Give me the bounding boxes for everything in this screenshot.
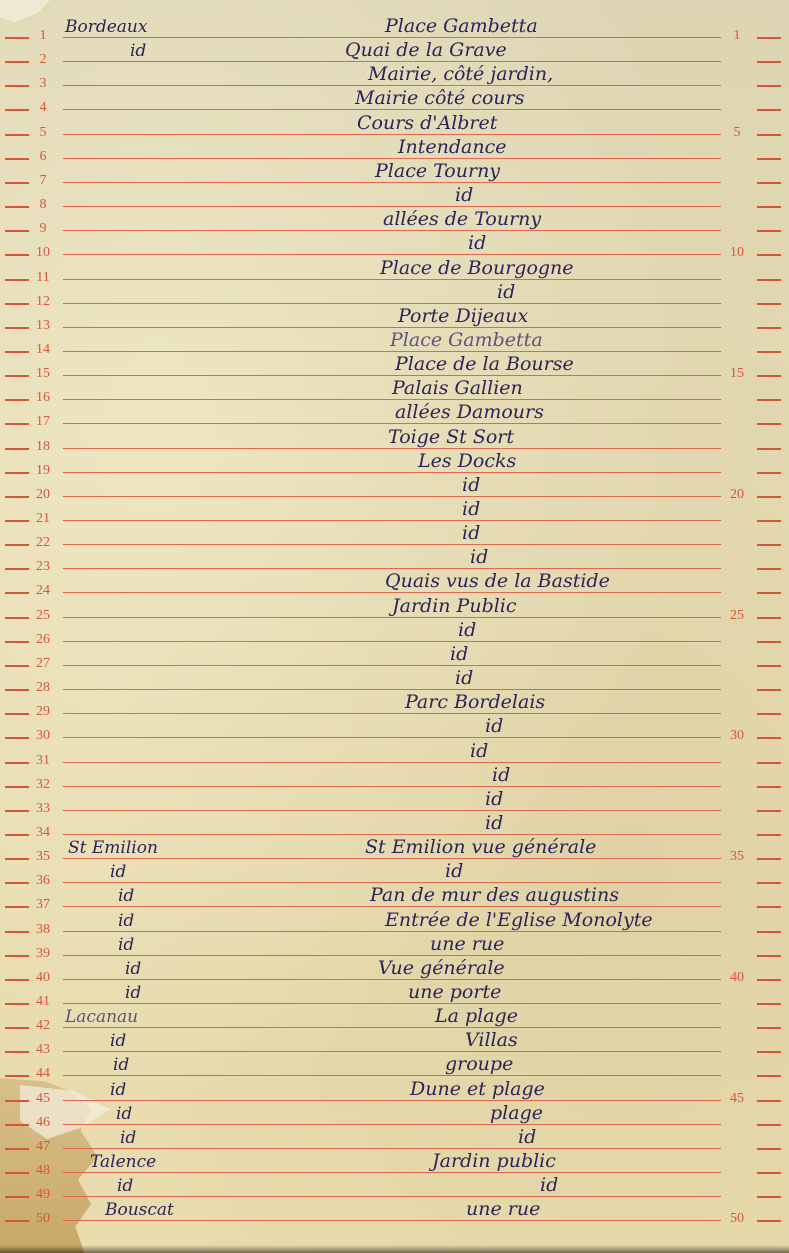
ledger-line: 55Cours d'Albret	[0, 122, 789, 146]
line-number-left: 42	[30, 1019, 56, 1033]
subject-entry: Villas	[465, 1030, 518, 1050]
margin-tick-left	[5, 37, 29, 39]
ruled-line	[63, 423, 721, 424]
subject-entry: Place de Bourgogne	[380, 258, 574, 278]
margin-tick-left	[5, 1172, 29, 1174]
margin-tick-left	[5, 158, 29, 160]
margin-tick-right	[757, 1124, 781, 1126]
ledger-line: 22id	[0, 532, 789, 556]
ruled-line	[63, 713, 721, 714]
ruled-line	[63, 834, 721, 835]
ruled-line	[63, 85, 721, 86]
margin-tick-left	[5, 279, 29, 281]
margin-tick-right	[757, 61, 781, 63]
line-number-right: 45	[722, 1092, 752, 1106]
ledger-line: 9allées de Tourny	[0, 218, 789, 242]
ruled-line	[63, 327, 721, 328]
line-number-left: 19	[30, 464, 56, 478]
margin-tick-left	[5, 182, 29, 184]
margin-tick-left	[5, 1027, 29, 1029]
subject-entry: id	[485, 716, 503, 736]
margin-tick-left	[5, 1075, 29, 1077]
subject-entry: id	[540, 1175, 558, 1195]
margin-tick-right	[757, 810, 781, 812]
ruled-line	[63, 810, 721, 811]
margin-tick-left	[5, 1124, 29, 1126]
margin-tick-right	[757, 689, 781, 691]
subject-entry: Toige St Sort	[388, 427, 514, 447]
margin-tick-right	[757, 254, 781, 256]
place-entry: id	[113, 1055, 129, 1075]
margin-tick-left	[5, 858, 29, 860]
ruled-line	[63, 1100, 721, 1101]
margin-tick-left	[5, 737, 29, 739]
subject-entry: id	[485, 813, 503, 833]
line-number-left: 43	[30, 1043, 56, 1057]
line-number-left: 38	[30, 923, 56, 937]
line-number-left: 41	[30, 995, 56, 1009]
margin-tick-left	[5, 955, 29, 957]
place-entry: id	[116, 1104, 132, 1124]
ledger-line: 2020id	[0, 484, 789, 508]
subject-entry: id	[470, 741, 488, 761]
ruled-line	[63, 1027, 721, 1028]
line-number-left: 25	[30, 609, 56, 623]
line-number-left: 20	[30, 488, 56, 502]
margin-tick-right	[757, 979, 781, 981]
margin-tick-right	[757, 134, 781, 136]
margin-tick-right	[757, 1196, 781, 1198]
place-entry: Bordeaux	[65, 17, 147, 37]
margin-tick-right	[757, 762, 781, 764]
ruled-line	[63, 182, 721, 183]
margin-tick-right	[757, 85, 781, 87]
margin-tick-right	[757, 1220, 781, 1222]
margin-tick-left	[5, 786, 29, 788]
line-number-left: 9	[30, 222, 56, 236]
subject-entry: Palais Gallien	[392, 378, 523, 398]
margin-tick-left	[5, 834, 29, 836]
ruled-line	[63, 737, 721, 738]
margin-tick-right	[757, 1051, 781, 1053]
ruled-line	[63, 641, 721, 642]
margin-tick-right	[757, 1148, 781, 1150]
ruled-line	[63, 254, 721, 255]
ruled-line	[63, 158, 721, 159]
margin-tick-right	[757, 230, 781, 232]
margin-tick-right	[757, 423, 781, 425]
margin-tick-right	[757, 737, 781, 739]
ruled-line	[63, 1075, 721, 1076]
line-number-right: 1	[722, 29, 752, 43]
ledger-line: 2525Jardin Public	[0, 605, 789, 629]
subject-entry: Mairie côté cours	[355, 88, 524, 108]
margin-tick-left	[5, 1003, 29, 1005]
margin-tick-right	[757, 882, 781, 884]
margin-tick-right	[757, 158, 781, 160]
ruled-line	[63, 689, 721, 690]
margin-tick-right	[757, 834, 781, 836]
subject-entry: Pan de mur des augustins	[370, 885, 619, 905]
ledger-line: 27id	[0, 653, 789, 677]
ruled-line	[63, 1220, 721, 1221]
line-number-left: 21	[30, 512, 56, 526]
margin-tick-right	[757, 327, 781, 329]
line-number-left: 4	[30, 101, 56, 115]
margin-tick-right	[757, 448, 781, 450]
margin-tick-left	[5, 931, 29, 933]
ruled-line	[63, 448, 721, 449]
margin-tick-left	[5, 617, 29, 619]
place-entry: id	[118, 911, 134, 931]
page-bottom-edge	[0, 1245, 789, 1253]
subject-entry: Porte Dijeaux	[398, 306, 528, 326]
margin-tick-left	[5, 109, 29, 111]
margin-tick-left	[5, 689, 29, 691]
margin-tick-left	[5, 399, 29, 401]
ruled-line	[63, 544, 721, 545]
margin-tick-left	[5, 375, 29, 377]
margin-tick-left	[5, 206, 29, 208]
margin-tick-left	[5, 641, 29, 643]
subject-entry: Jardin public	[432, 1151, 556, 1171]
ruled-line	[63, 109, 721, 110]
margin-tick-left	[5, 713, 29, 715]
line-number-left: 13	[30, 319, 56, 333]
ledger-line: 26id	[0, 629, 789, 653]
line-number-left: 49	[30, 1188, 56, 1202]
subject-entry: une porte	[408, 982, 501, 1002]
ledger-line: 33id	[0, 798, 789, 822]
ruled-line	[63, 303, 721, 304]
place-entry: Lacanau	[65, 1007, 138, 1027]
ruled-line	[63, 955, 721, 956]
line-number-left: 28	[30, 681, 56, 695]
place-entry: St Emilion	[68, 838, 158, 858]
line-number-right: 20	[722, 488, 752, 502]
subject-entry: St Emilion vue générale	[365, 837, 596, 857]
line-number-left: 8	[30, 198, 56, 212]
margin-tick-right	[757, 109, 781, 111]
subject-entry: id	[518, 1127, 536, 1147]
margin-tick-left	[5, 303, 29, 305]
subject-entry: Place Tourny	[375, 161, 500, 181]
margin-tick-left	[5, 254, 29, 256]
line-number-left: 5	[30, 126, 56, 140]
margin-tick-right	[757, 1172, 781, 1174]
ledger-line: 28id	[0, 677, 789, 701]
line-number-left: 33	[30, 802, 56, 816]
line-number-left: 2	[30, 53, 56, 67]
margin-tick-right	[757, 665, 781, 667]
margin-tick-right	[757, 351, 781, 353]
line-number-left: 24	[30, 584, 56, 598]
place-entry: Bouscat	[105, 1200, 174, 1220]
margin-tick-left	[5, 1220, 29, 1222]
ruled-line	[63, 906, 721, 907]
ruled-line	[63, 279, 721, 280]
ruled-line	[63, 1196, 721, 1197]
subject-entry: Mairie, côté jardin,	[368, 64, 553, 84]
margin-tick-right	[757, 1075, 781, 1077]
ledger-line: 19Les Docks	[0, 460, 789, 484]
margin-tick-right	[757, 955, 781, 957]
line-number-left: 12	[30, 295, 56, 309]
subject-entry: Quais vus de la Bastide	[385, 571, 610, 591]
ledger-line: 11Place de Bourgogne	[0, 267, 789, 291]
line-number-left: 39	[30, 947, 56, 961]
margin-tick-left	[5, 472, 29, 474]
margin-tick-right	[757, 472, 781, 474]
ledger-line: 5050Bouscatune rue	[0, 1208, 789, 1232]
margin-tick-left	[5, 1148, 29, 1150]
margin-tick-left	[5, 85, 29, 87]
line-number-left: 50	[30, 1212, 56, 1226]
margin-tick-right	[757, 496, 781, 498]
margin-tick-left	[5, 423, 29, 425]
subject-entry: id	[462, 499, 480, 519]
subject-entry: id	[455, 668, 473, 688]
ruled-line	[63, 665, 721, 666]
ruled-line	[63, 399, 721, 400]
subject-entry: une rue	[466, 1199, 540, 1219]
ledger-line: 21id	[0, 508, 789, 532]
subject-entry: Place Gambetta	[390, 330, 543, 350]
line-number-left: 27	[30, 657, 56, 671]
paper-damage-top	[0, 0, 50, 22]
ruled-line	[63, 858, 721, 859]
subject-entry: id	[450, 644, 468, 664]
margin-tick-left	[5, 810, 29, 812]
line-number-left: 17	[30, 415, 56, 429]
margin-tick-left	[5, 351, 29, 353]
subject-entry: une rue	[430, 934, 504, 954]
ruled-line	[63, 1172, 721, 1173]
place-entry: id	[118, 935, 134, 955]
line-number-left: 32	[30, 778, 56, 792]
subject-entry: Dune et plage	[410, 1079, 545, 1099]
subject-entry: id	[497, 282, 515, 302]
margin-tick-right	[757, 375, 781, 377]
subject-entry: id	[455, 185, 473, 205]
ruled-line	[63, 882, 721, 883]
line-number-left: 31	[30, 754, 56, 768]
margin-tick-right	[757, 303, 781, 305]
subject-entry: groupe	[445, 1054, 513, 1074]
ledger-page: 11BordeauxPlace Gambetta2idQuai de la Gr…	[0, 0, 789, 1253]
line-number-left: 45	[30, 1092, 56, 1106]
margin-tick-left	[5, 327, 29, 329]
place-entry: id	[125, 983, 141, 1003]
line-number-left: 30	[30, 729, 56, 743]
ledger-line: 31id	[0, 750, 789, 774]
line-number-left: 7	[30, 174, 56, 188]
margin-tick-left	[5, 61, 29, 63]
subject-entry: Jardin Public	[392, 596, 517, 616]
place-entry: id	[110, 1080, 126, 1100]
line-number-left: 47	[30, 1140, 56, 1154]
margin-tick-right	[757, 713, 781, 715]
line-number-left: 16	[30, 391, 56, 405]
ruled-line	[63, 37, 721, 38]
place-entry: id	[110, 862, 126, 882]
line-number-left: 11	[30, 271, 56, 285]
place-entry: id	[125, 959, 141, 979]
ledger-line: 32id	[0, 774, 789, 798]
subject-entry: id	[492, 765, 510, 785]
margin-tick-left	[5, 520, 29, 522]
line-number-right: 25	[722, 609, 752, 623]
subject-entry: id	[462, 475, 480, 495]
line-number-left: 26	[30, 633, 56, 647]
margin-tick-right	[757, 399, 781, 401]
ruled-line	[63, 931, 721, 932]
ruled-line	[63, 472, 721, 473]
margin-tick-right	[757, 617, 781, 619]
margin-tick-right	[757, 206, 781, 208]
margin-tick-right	[757, 1027, 781, 1029]
subject-entry: Place de la Bourse	[395, 354, 574, 374]
ruled-line	[63, 1124, 721, 1125]
margin-tick-right	[757, 931, 781, 933]
margin-tick-left	[5, 762, 29, 764]
subject-entry: id	[470, 547, 488, 567]
margin-tick-right	[757, 906, 781, 908]
subject-entry: Intendance	[398, 137, 506, 157]
subject-entry: Les Docks	[418, 451, 516, 471]
subject-entry: plage	[490, 1103, 543, 1123]
margin-tick-right	[757, 279, 781, 281]
ruled-line	[63, 786, 721, 787]
line-number-right: 50	[722, 1212, 752, 1226]
margin-tick-left	[5, 448, 29, 450]
place-entry: Talence	[90, 1152, 156, 1172]
subject-entry: id	[462, 523, 480, 543]
margin-tick-left	[5, 979, 29, 981]
line-number-left: 37	[30, 898, 56, 912]
margin-tick-left	[5, 230, 29, 232]
subject-entry: id	[485, 789, 503, 809]
margin-tick-left	[5, 665, 29, 667]
margin-tick-right	[757, 182, 781, 184]
place-entry: id	[110, 1031, 126, 1051]
margin-tick-right	[757, 641, 781, 643]
line-number-left: 46	[30, 1116, 56, 1130]
subject-entry: allées Damours	[395, 402, 544, 422]
place-entry: id	[120, 1128, 136, 1148]
line-number-left: 1	[30, 29, 56, 43]
ruled-line	[63, 617, 721, 618]
subject-entry: Place Gambetta	[385, 16, 538, 36]
margin-tick-right	[757, 544, 781, 546]
line-number-left: 34	[30, 826, 56, 840]
line-number-right: 15	[722, 367, 752, 381]
margin-tick-left	[5, 544, 29, 546]
ruled-line	[63, 979, 721, 980]
line-number-right: 10	[722, 246, 752, 260]
line-number-left: 14	[30, 343, 56, 357]
line-number-left: 44	[30, 1067, 56, 1081]
subject-entry: id	[445, 861, 463, 881]
line-number-right: 40	[722, 971, 752, 985]
line-number-left: 10	[30, 246, 56, 260]
margin-tick-right	[757, 1100, 781, 1102]
ruled-line	[63, 1003, 721, 1004]
line-number-left: 23	[30, 560, 56, 574]
margin-tick-left	[5, 1100, 29, 1102]
ledger-line: 18Toige St Sort	[0, 436, 789, 460]
line-number-left: 48	[30, 1164, 56, 1178]
ruled-line	[63, 351, 721, 352]
margin-tick-right	[757, 520, 781, 522]
margin-tick-right	[757, 568, 781, 570]
ruled-line	[63, 375, 721, 376]
margin-tick-left	[5, 882, 29, 884]
line-number-left: 40	[30, 971, 56, 985]
ruled-line	[63, 206, 721, 207]
subject-entry: Cours d'Albret	[357, 113, 497, 133]
margin-tick-left	[5, 1196, 29, 1198]
ledger-line: 7Place Tourny	[0, 170, 789, 194]
ruled-line	[63, 762, 721, 763]
margin-tick-left	[5, 1051, 29, 1053]
line-number-right: 5	[722, 126, 752, 140]
subject-entry: Entrée de l'Eglise Monolyte	[385, 910, 653, 930]
line-number-left: 18	[30, 440, 56, 454]
ledger-line: 29Parc Bordelais	[0, 701, 789, 725]
margin-tick-right	[757, 592, 781, 594]
ruled-line	[63, 520, 721, 521]
margin-tick-left	[5, 906, 29, 908]
margin-tick-left	[5, 568, 29, 570]
ruled-line	[63, 496, 721, 497]
ruled-line	[63, 1148, 721, 1149]
line-number-left: 6	[30, 150, 56, 164]
ruled-line	[63, 1051, 721, 1052]
subject-entry: Vue générale	[378, 958, 505, 978]
subject-entry: id	[458, 620, 476, 640]
line-number-left: 22	[30, 536, 56, 550]
line-number-left: 35	[30, 850, 56, 864]
margin-tick-right	[757, 1003, 781, 1005]
place-entry: id	[117, 1176, 133, 1196]
margin-tick-right	[757, 786, 781, 788]
margin-tick-right	[757, 858, 781, 860]
subject-entry: La plage	[435, 1006, 518, 1026]
margin-tick-left	[5, 592, 29, 594]
subject-entry: allées de Tourny	[383, 209, 541, 229]
place-entry: id	[118, 886, 134, 906]
subject-entry: id	[468, 233, 486, 253]
ledger-line: 12id	[0, 291, 789, 315]
ledger-line: 4040idVue générale	[0, 967, 789, 991]
margin-tick-left	[5, 496, 29, 498]
line-number-left: 36	[30, 874, 56, 888]
subject-entry: Quai de la Grave	[345, 40, 507, 60]
place-entry: id	[130, 41, 146, 61]
ruled-line	[63, 568, 721, 569]
ruled-line	[63, 592, 721, 593]
line-number-right: 35	[722, 850, 752, 864]
ruled-line	[63, 134, 721, 135]
ruled-line	[63, 230, 721, 231]
ruled-line	[63, 61, 721, 62]
line-number-right: 30	[722, 729, 752, 743]
line-number-left: 29	[30, 705, 56, 719]
margin-tick-right	[757, 37, 781, 39]
line-number-left: 3	[30, 77, 56, 91]
ledger-line: 46idplage	[0, 1112, 789, 1136]
